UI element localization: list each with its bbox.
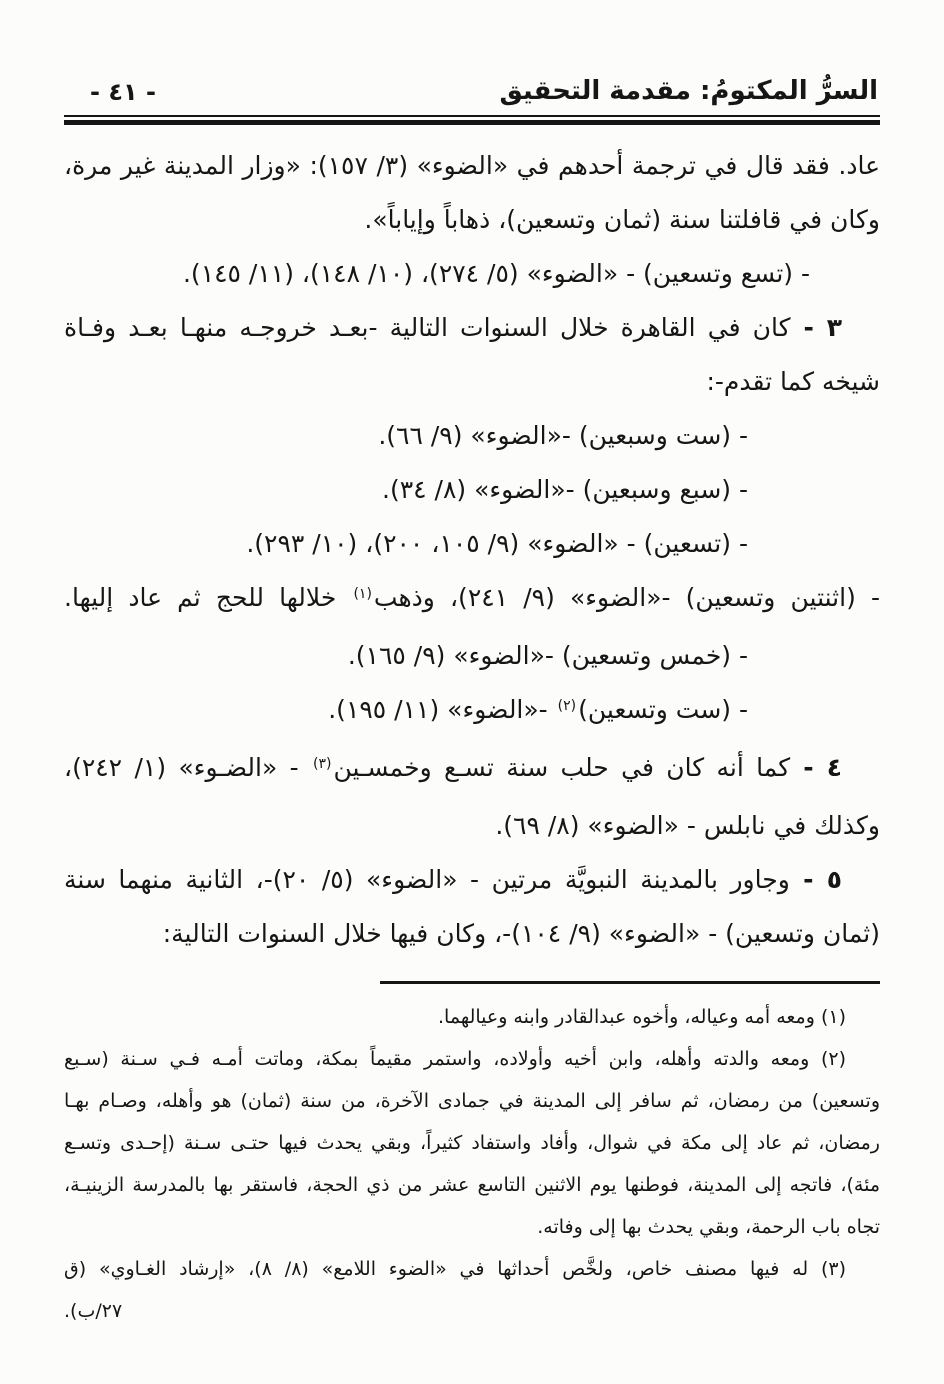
- body-line-10: - (خمس وتسعين) -«الضوء» (٩/ ١٦٥).: [64, 629, 880, 683]
- item-number: ٤ -: [790, 753, 842, 782]
- text-run: شيخه كما تقدم-:: [706, 367, 880, 396]
- text-run: وجاور بالمدينة النبويَّة مرتين - «الضوء»…: [64, 865, 790, 894]
- footnote-3-line-2: ٢٧/ب).: [64, 1290, 880, 1332]
- body-line-14: ٥ - وجاور بالمدينة النبويَّة مرتين - «ال…: [64, 853, 880, 907]
- header-rule-thin: [64, 115, 880, 117]
- footnote-3-line-1: (٣) له فيها مصنف خاص، ولخَّص أحداثها في …: [64, 1248, 880, 1290]
- body-line-9: - (اثنتين وتسعين) -«الضوء» (٩/ ٢٤١)، وذه…: [64, 571, 880, 629]
- body-line-8: - (تسعين) - «الضوء» (٩/ ١٠٥، ٢٠٠)، (١٠/ …: [64, 517, 880, 571]
- text-run: - (اثنتين وتسعين) -«الضوء» (٩/ ٢٤١)، وذه…: [374, 583, 880, 612]
- body-line-3: - (تسع وتسعين) - «الضوء» (٥/ ٢٧٤)، (١٠/ …: [64, 247, 880, 301]
- text-run: (١) ومعه أمه وعياله، وأخوه عبدالقادر واب…: [438, 1006, 846, 1028]
- text-run: (٢) ومعه والدته وأهله، وابن أخيه وأولاده…: [64, 1048, 846, 1070]
- text-run: - (سبع وسبعين) -«الضوء» (٨/ ٣٤).: [382, 475, 748, 504]
- text-run: عاد. فقد قال في ترجمة أحدهم في «الضوء» (…: [64, 151, 880, 180]
- body-line-6: - (ست وسبعين) -«الضوء» (٩/ ٦٦).: [64, 409, 880, 463]
- body-line-15: (ثمان وتسعين) - «الضوء» (٩/ ١٠٤)-، وكان …: [64, 907, 880, 961]
- footnote-2-line-1: (٢) ومعه والدته وأهله، وابن أخيه وأولاده…: [64, 1038, 880, 1080]
- body-line-12: ٤ - كما أنه كان في حلب سنة تسـع وخمسـين(…: [64, 741, 880, 799]
- item-number: ٣ -: [791, 313, 842, 342]
- text-run: وكذلك في نابلس - «الضوء» (٨/ ٦٩).: [495, 811, 880, 840]
- footnote-separator: [380, 981, 880, 984]
- footnote-ref-marker: (٢): [556, 698, 578, 714]
- text-run: وكان في قافلتنا سنة (ثمان وتسعين)، ذهابا…: [364, 205, 880, 234]
- item-number: ٥ -: [790, 865, 842, 894]
- footnote-2-line-5: تجاه باب الرحمة، وبقي يحدث بها إلى وفاته…: [64, 1206, 880, 1248]
- text-run: (ثمان وتسعين) - «الضوء» (٩/ ١٠٤)-، وكان …: [163, 919, 880, 948]
- text-run: ٢٧/ب).: [64, 1300, 122, 1322]
- text-run: خلالها للحج ثم عاد إليها.: [64, 583, 351, 612]
- body-line-1: عاد. فقد قال في ترجمة أحدهم في «الضوء» (…: [64, 139, 880, 193]
- footnotes-section: (١) ومعه أمه وعياله، وأخوه عبدالقادر واب…: [64, 996, 880, 1332]
- text-run: تجاه باب الرحمة، وبقي يحدث بها إلى وفاته…: [537, 1216, 880, 1238]
- footnote-ref-marker: (١): [351, 586, 373, 602]
- footnote-ref-marker: (٣): [311, 756, 333, 772]
- book-page: السرُّ المكتومُ: مقدمة التحقيق - ٤١ - عا…: [0, 0, 944, 1384]
- text-run: - (ست وسبعين) -«الضوء» (٩/ ٦٦).: [378, 421, 748, 450]
- body-line-13: وكذلك في نابلس - «الضوء» (٨/ ٦٩).: [64, 799, 880, 853]
- footnote-2-line-3: رمضان، ثم عاد إلى مكة في شوال، وأفاد واس…: [64, 1122, 880, 1164]
- text-run: رمضان، ثم عاد إلى مكة في شوال، وأفاد واس…: [64, 1132, 880, 1154]
- text-run: - (تسعين) - «الضوء» (٩/ ١٠٥، ٢٠٠)، (١٠/ …: [246, 529, 748, 558]
- main-text: عاد. فقد قال في ترجمة أحدهم في «الضوء» (…: [64, 139, 880, 961]
- text-run: -«الضوء» (١١/ ١٩٥).: [328, 695, 555, 724]
- text-run: كما أنه كان في حلب سنة تسـع وخمسـين: [333, 753, 790, 782]
- body-line-4: ٣ - كان في القاهرة خلال السنوات التالية …: [64, 301, 880, 355]
- text-run: - (تسع وتسعين) - «الضوء» (٥/ ٢٧٤)، (١٠/ …: [183, 259, 810, 288]
- running-title: السرُّ المكتومُ: مقدمة التحقيق: [499, 76, 878, 106]
- body-line-11: - (ست وتسعين)(٢) -«الضوء» (١١/ ١٩٥).: [64, 683, 880, 741]
- footnote-2-line-4: مئة)، فاتجه إلى المدينة، فوطنها يوم الاث…: [64, 1164, 880, 1206]
- page-number: - ٤١ -: [88, 78, 156, 106]
- text-run: (٣) له فيها مصنف خاص، ولخَّص أحداثها في …: [64, 1258, 846, 1280]
- footnote-2-line-2: وتسعين) من رمضان، ثم سافر إلى المدينة في…: [64, 1080, 880, 1122]
- text-run: كان في القاهرة خلال السنوات التالية -بعـ…: [64, 313, 791, 342]
- body-line-2: وكان في قافلتنا سنة (ثمان وتسعين)، ذهابا…: [64, 193, 880, 247]
- text-run: مئة)، فاتجه إلى المدينة، فوطنها يوم الاث…: [64, 1174, 880, 1196]
- text-run: وتسعين) من رمضان، ثم سافر إلى المدينة في…: [64, 1090, 880, 1112]
- body-line-5: شيخه كما تقدم-:: [64, 355, 880, 409]
- text-run: - «الضـوء» (١/ ٢٤٢)،: [64, 753, 311, 782]
- text-run: - (ست وتسعين): [578, 695, 748, 724]
- body-line-7: - (سبع وسبعين) -«الضوء» (٨/ ٣٤).: [64, 463, 880, 517]
- header-rule-thick: [64, 120, 880, 125]
- page-header: السرُّ المكتومُ: مقدمة التحقيق - ٤١ -: [64, 76, 880, 106]
- text-run: - (خمس وتسعين) -«الضوء» (٩/ ١٦٥).: [348, 641, 748, 670]
- footnote-1-line-1: (١) ومعه أمه وعياله، وأخوه عبدالقادر واب…: [64, 996, 880, 1038]
